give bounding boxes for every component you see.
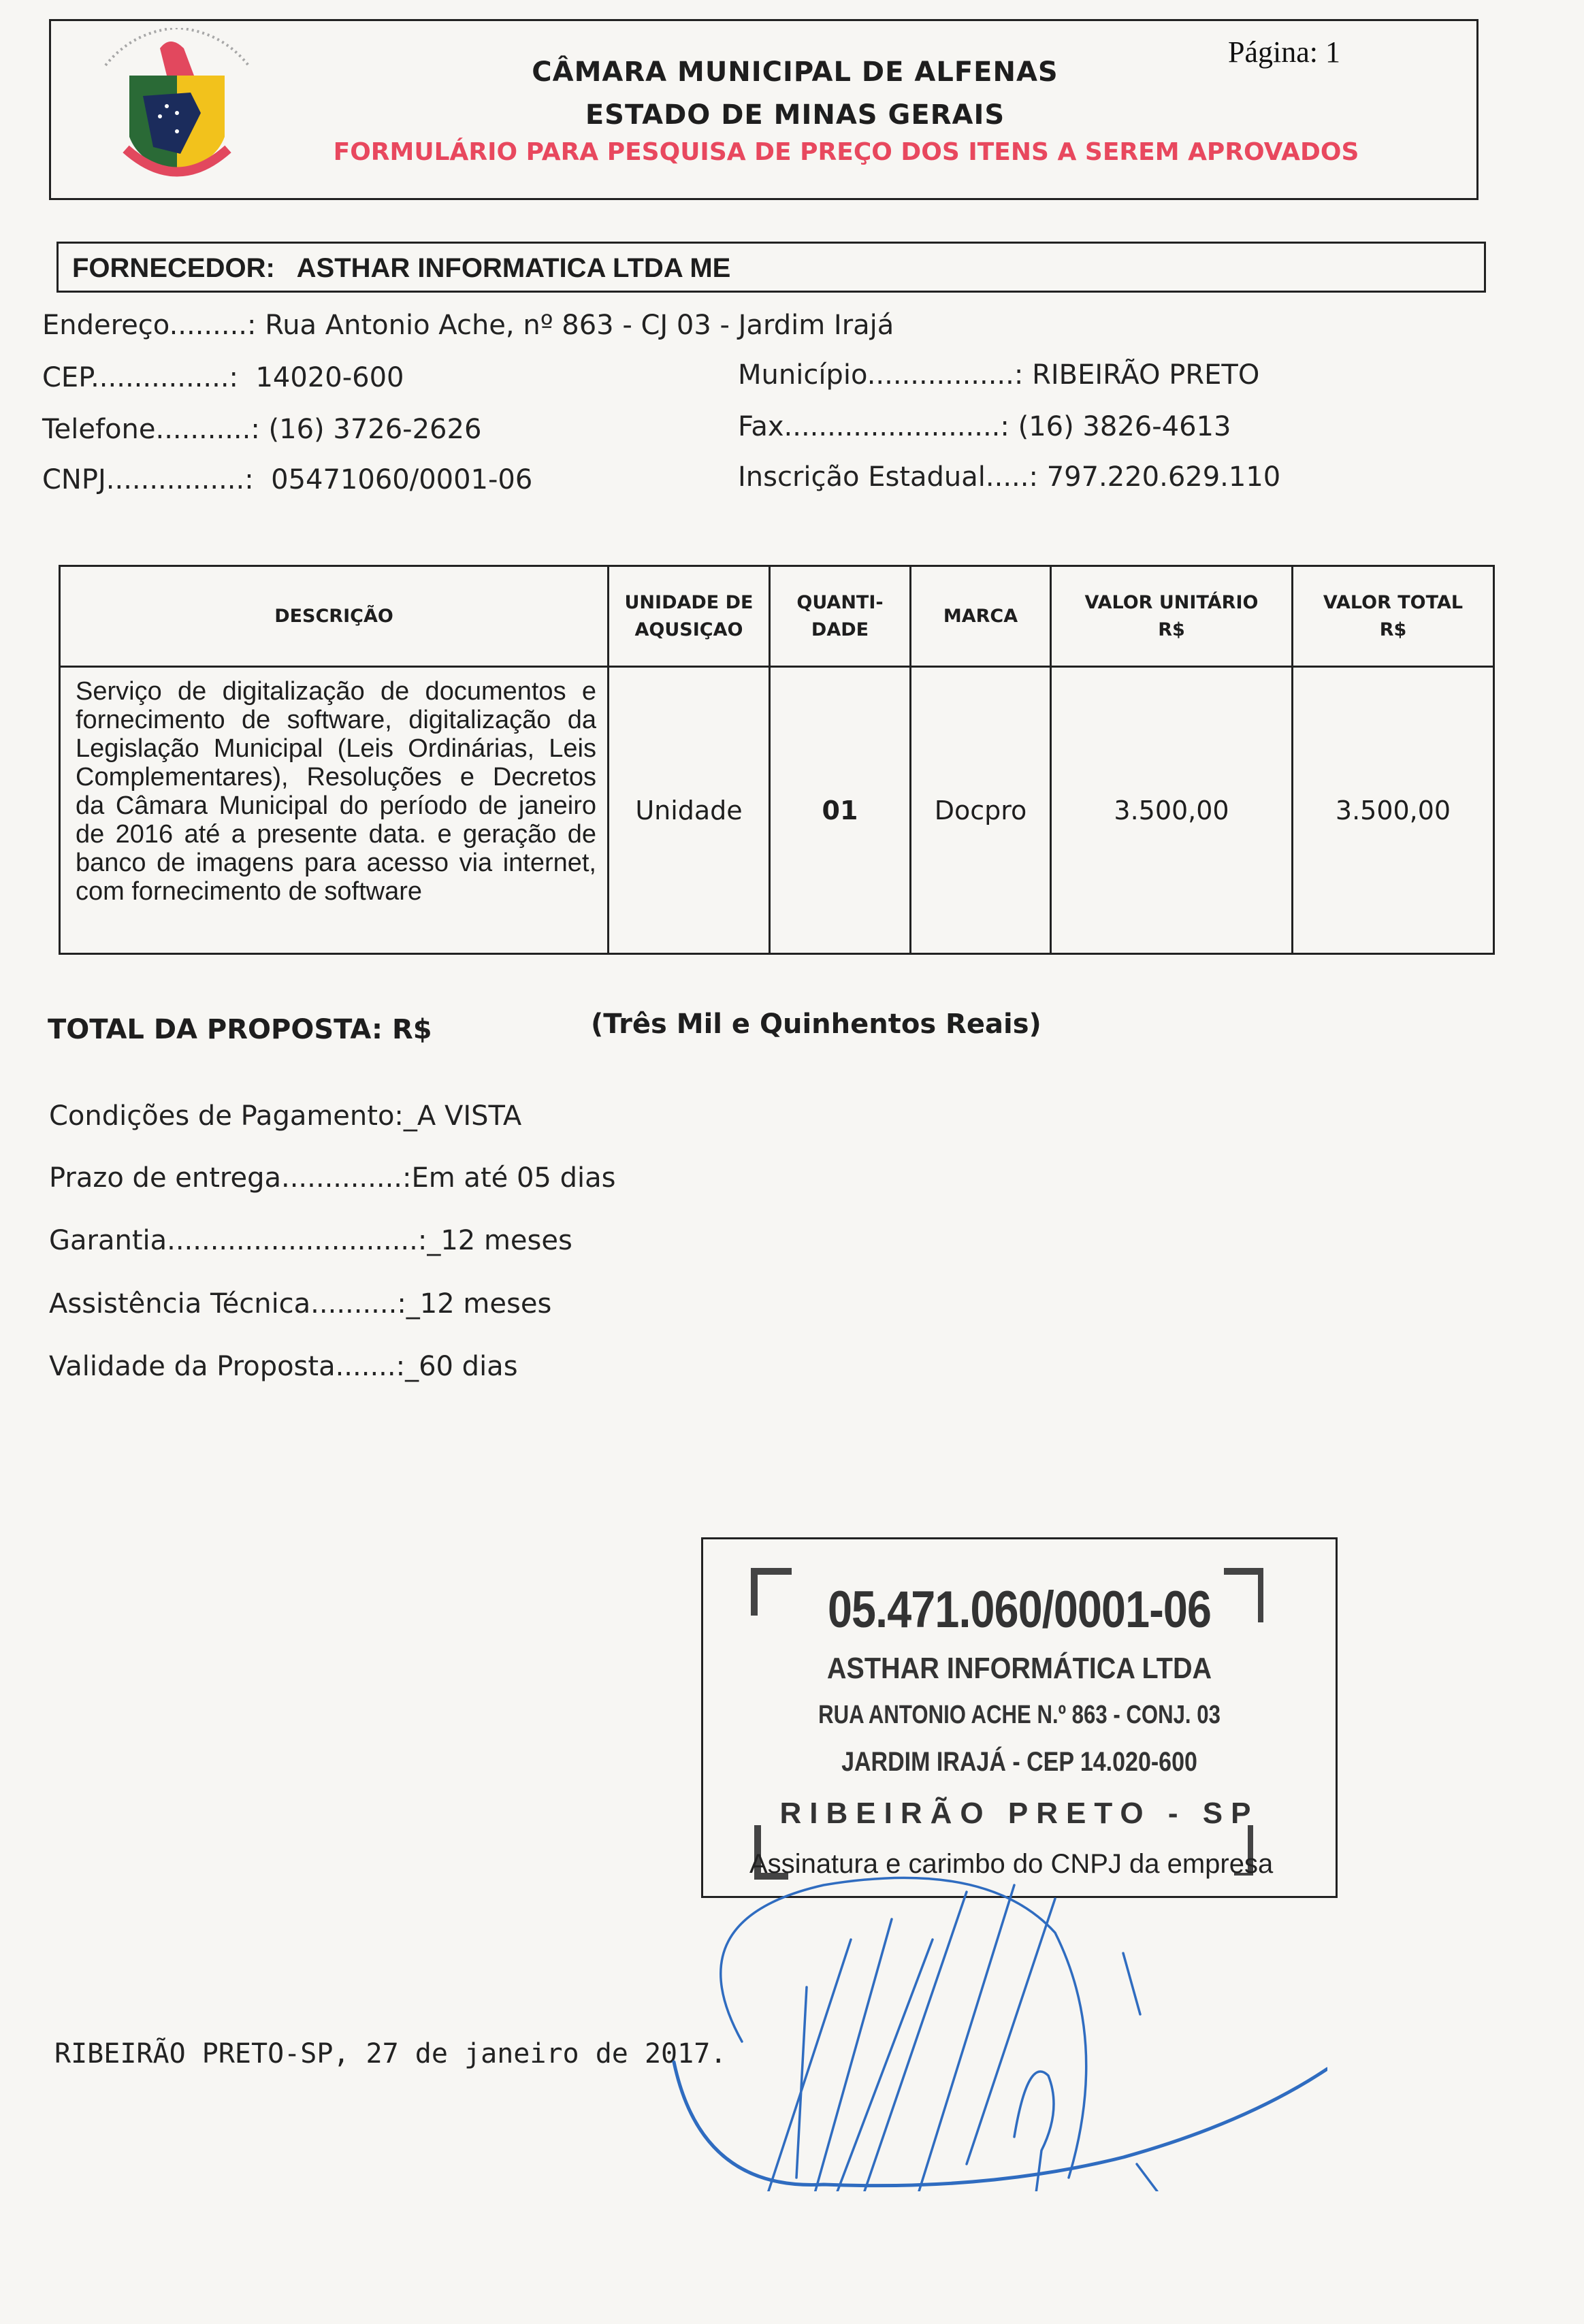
address-value: Rua Antonio Ache, nº 863 - CJ 03 - Jardi… bbox=[265, 310, 894, 341]
state-registration-field: Inscrição Estadual.....: 797.220.629.110 bbox=[738, 461, 1280, 493]
col-header-brand: MARCA bbox=[911, 566, 1051, 667]
proposal-total-label: TOTAL DA PROPOSTA: R$ bbox=[48, 1014, 432, 1045]
cep-label: CEP................: bbox=[42, 362, 238, 393]
cep-value: 14020-600 bbox=[255, 362, 404, 393]
cell-unit: Unidade bbox=[609, 667, 770, 954]
phone-label: Telefone...........: bbox=[42, 414, 260, 445]
cell-description: Serviço de digitalização de documentos e… bbox=[60, 667, 609, 954]
address-label: Endereço.........: bbox=[42, 310, 256, 341]
proposal-validity: Validade da Proposta.......:_60 dias bbox=[49, 1351, 518, 1382]
items-table: DESCRIÇÃO UNIDADE DE AQUSIÇAO QUANTI- DA… bbox=[59, 565, 1495, 955]
cell-brand: Docpro bbox=[911, 667, 1051, 954]
municipality-value: RIBEIRÃO PRETO bbox=[1032, 359, 1259, 391]
proposal-total-in-words: (Três Mil e Quinhentos Reais) bbox=[591, 1009, 1041, 1040]
stamp-street: RUA ANTONIO ACHE N.º 863 - CONJ. 03 bbox=[760, 1701, 1279, 1730]
stamp-company-name: ASTHAR INFORMÁTICA LTDA bbox=[734, 1652, 1304, 1686]
signature-stamp-box: 05.471.060/0001-06 ASTHAR INFORMÁTICA LT… bbox=[701, 1537, 1338, 1898]
cell-unit-price: 3.500,00 bbox=[1051, 667, 1293, 954]
organization-state: ESTADO DE MINAS GERAIS bbox=[2, 99, 1432, 131]
cell-quantity: 01 bbox=[770, 667, 911, 954]
cep-field: CEP................: 14020-600 bbox=[42, 362, 404, 393]
col-header-unit-price: VALOR UNITÁRIO R$ bbox=[1051, 566, 1293, 667]
col-header-total-price: VALOR TOTAL R$ bbox=[1293, 566, 1494, 667]
address-field: Endereço.........: Rua Antonio Ache, nº … bbox=[42, 310, 894, 341]
fax-value: (16) 3826-4613 bbox=[1018, 411, 1231, 442]
municipality-label: Município.................: bbox=[738, 359, 1023, 391]
supplier-box: FORNECEDOR: ASTHAR INFORMATICA LTDA ME bbox=[56, 242, 1486, 293]
col-header-unit: UNIDADE DE AQUSIÇAO bbox=[609, 566, 770, 667]
phone-value: (16) 3726-2626 bbox=[269, 414, 482, 445]
technical-assistance: Assistência Técnica..........:_12 meses bbox=[49, 1288, 551, 1320]
supplier-heading: FORNECEDOR: ASTHAR INFORMATICA LTDA ME bbox=[72, 253, 730, 284]
col-header-description: DESCRIÇÃO bbox=[60, 566, 609, 667]
supplier-name: ASTHAR INFORMATICA LTDA ME bbox=[297, 253, 731, 283]
warranty: Garantia.............................:_1… bbox=[49, 1225, 572, 1256]
fax-label: Fax.........................: bbox=[738, 411, 1009, 442]
state-registration-value: 797.220.629.110 bbox=[1047, 461, 1281, 493]
municipality-field: Município.................: RIBEIRÃO PRE… bbox=[738, 359, 1259, 391]
state-registration-label: Inscrição Estadual.....: bbox=[738, 461, 1038, 493]
cnpj-label: CNPJ................: bbox=[42, 464, 254, 495]
supplier-label: FORNECEDOR: bbox=[72, 253, 275, 283]
stamp-city: RIBEIRÃO PRETO - SP bbox=[703, 1797, 1336, 1831]
document-header: Página: 1 CÂMARA MUNICIPAL DE ALFENAS ES… bbox=[49, 19, 1478, 200]
organization-name: CÂMARA MUNICIPAL DE ALFENAS bbox=[2, 56, 1432, 88]
form-title: FORMULÁRIO PARA PESQUISA DE PREÇO DOS IT… bbox=[2, 138, 1432, 166]
phone-field: Telefone...........: (16) 3726-2626 bbox=[42, 414, 481, 445]
stamp-cnpj: 05.471.060/0001-06 bbox=[751, 1580, 1289, 1639]
stamp-district: JARDIM IRAJÁ - CEP 14.020-600 bbox=[751, 1747, 1289, 1778]
table-row: Serviço de digitalização de documentos e… bbox=[60, 667, 1494, 954]
date-line: RIBEIRÃO PRETO-SP, 27 de janeiro de 2017… bbox=[54, 2038, 726, 2069]
cnpj-field: CNPJ................: 05471060/0001-06 bbox=[42, 464, 532, 495]
payment-terms: Condições de Pagamento:_A VISTA bbox=[49, 1100, 521, 1132]
signature-caption: Assinatura e carimbo do CNPJ da empresa bbox=[749, 1849, 1273, 1880]
col-header-quantity: QUANTI- DADE bbox=[770, 566, 911, 667]
cell-total-price: 3.500,00 bbox=[1293, 667, 1494, 954]
delivery-term: Prazo de entrega..............:Em até 05… bbox=[49, 1162, 615, 1194]
cnpj-value: 05471060/0001-06 bbox=[271, 464, 532, 495]
table-header-row: DESCRIÇÃO UNIDADE DE AQUSIÇAO QUANTI- DA… bbox=[60, 566, 1494, 667]
fax-field: Fax.........................: (16) 3826-… bbox=[738, 411, 1231, 442]
